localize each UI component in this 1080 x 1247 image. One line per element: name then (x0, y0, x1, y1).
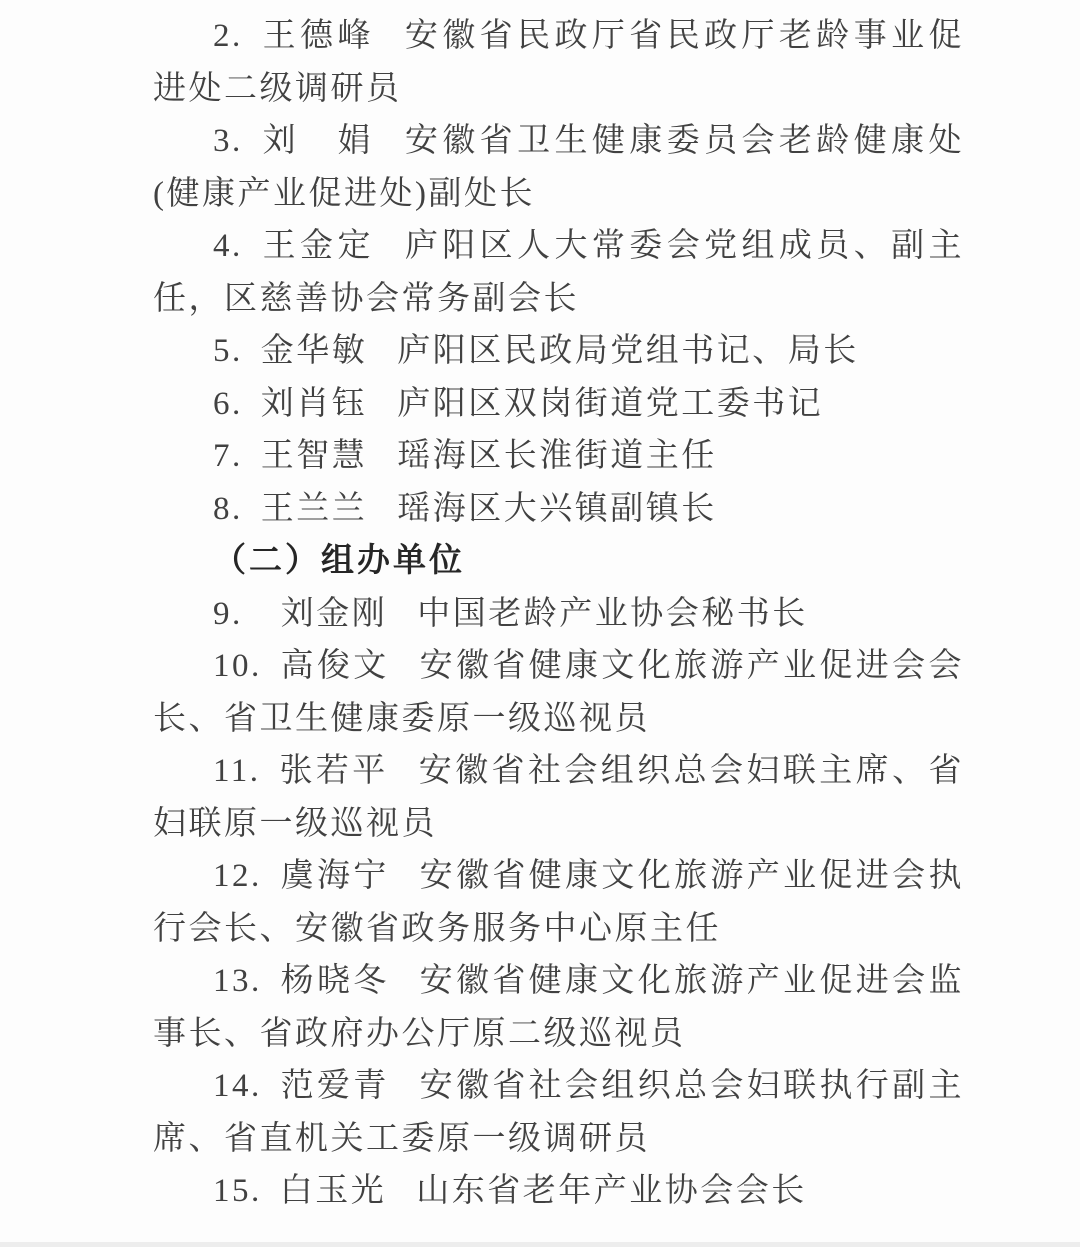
item-number: 4. (213, 228, 243, 264)
person-title: 瑶海区长淮街道主任 (397, 438, 717, 474)
page-bottom-edge (0, 1242, 1080, 1247)
item-number: 14. (213, 1068, 262, 1104)
person-name: 虞海宁 (280, 858, 390, 894)
person-title: 中国老龄产业协会秘书长 (417, 596, 808, 632)
person-title: 安徽省社会组织总会妇联主席、省妇联原一级巡视员 (153, 753, 964, 842)
person-name: 高俊文 (280, 648, 390, 684)
item-number: 3. (213, 123, 243, 159)
list-item: 13.杨晓冬安徽省健康文化旅游产业促进会监事长、省政府办公厅原二级巡视员 (153, 955, 964, 1060)
list-item: 5.金华敏庐阳区民政局党组书记、局长 (153, 325, 964, 378)
item-number: 11. (213, 753, 261, 789)
person-title: 安徽省健康文化旅游产业促进会执行会长、安徽省政务服务中心原主任 (153, 858, 964, 947)
person-name: 杨晓冬 (280, 963, 390, 999)
person-title: 山东省老年产业协会会长 (416, 1173, 807, 1209)
list-item: 10.高俊文安徽省健康文化旅游产业促进会会长、省卫生健康委原一级巡视员 (153, 640, 964, 745)
person-title: 庐阳区民政局党组书记、局长 (397, 333, 859, 369)
list-item: 4.王金定庐阳区人大常委会党组成员、副主任，区慈善协会常务副会长 (153, 220, 964, 325)
person-title: 庐阳区双岗街道党工委书记 (397, 386, 823, 422)
item-number: 15. (213, 1173, 262, 1209)
person-name: 金华敏 (261, 333, 368, 369)
person-title: 安徽省社会组织总会妇联执行副主席、省直机关工委原一级调研员 (153, 1068, 964, 1157)
list-item: 2.王德峰安徽省民政厅省民政厅老龄事业促进处二级调研员 (153, 10, 964, 115)
list-item: 8.王兰兰瑶海区大兴镇副镇长 (153, 483, 964, 536)
list-item: 12.虞海宁安徽省健康文化旅游产业促进会执行会长、安徽省政务服务中心原主任 (153, 850, 964, 955)
list-item: 3.刘 娟安徽省卫生健康委员会老龄健康处(健康产业促进处)副处长 (153, 115, 964, 220)
section-heading: （二）组办单位 (153, 535, 964, 588)
item-number: 8. (213, 491, 243, 527)
person-name: 白玉光 (280, 1173, 387, 1209)
item-number: 10. (213, 648, 262, 684)
item-number: 6. (213, 386, 243, 422)
person-title: 安徽省健康文化旅游产业促进会会长、省卫生健康委原一级巡视员 (153, 648, 964, 737)
item-number: 13. (213, 963, 262, 999)
item-number: 12. (213, 858, 262, 894)
person-name: 王金定 (261, 228, 375, 264)
list-item: 6.刘肖钰庐阳区双岗街道党工委书记 (153, 378, 964, 431)
list-item: 9.刘金刚中国老龄产业协会秘书长 (153, 588, 964, 641)
item-number: 9. (213, 596, 243, 632)
person-name: 刘肖钰 (261, 386, 368, 422)
list-item: 11.张若平安徽省社会组织总会妇联主席、省妇联原一级巡视员 (153, 745, 964, 850)
document-page: 2.王德峰安徽省民政厅省民政厅老龄事业促进处二级调研员 3.刘 娟安徽省卫生健康… (0, 0, 1080, 1242)
list-item: 7.王智慧瑶海区长淮街道主任 (153, 430, 964, 483)
item-number: 7. (213, 438, 243, 474)
person-title: 安徽省健康文化旅游产业促进会监事长、省政府办公厅原二级巡视员 (153, 963, 964, 1052)
list-item: 15.白玉光山东省老年产业协会会长 (153, 1165, 964, 1218)
item-number: 2. (213, 18, 243, 54)
person-name: 王智慧 (261, 438, 368, 474)
person-name: 王德峰 (261, 18, 375, 54)
person-name: 刘 娟 (261, 123, 375, 159)
person-name: 王兰兰 (261, 491, 368, 527)
person-title: 瑶海区大兴镇副镇长 (397, 491, 717, 527)
person-name: 范爱青 (280, 1068, 390, 1104)
list-item: 14.范爱青安徽省社会组织总会妇联执行副主席、省直机关工委原一级调研员 (153, 1060, 964, 1165)
item-number: 5. (213, 333, 243, 369)
person-name: 刘金刚 (281, 596, 388, 632)
person-name: 张若平 (279, 753, 389, 789)
